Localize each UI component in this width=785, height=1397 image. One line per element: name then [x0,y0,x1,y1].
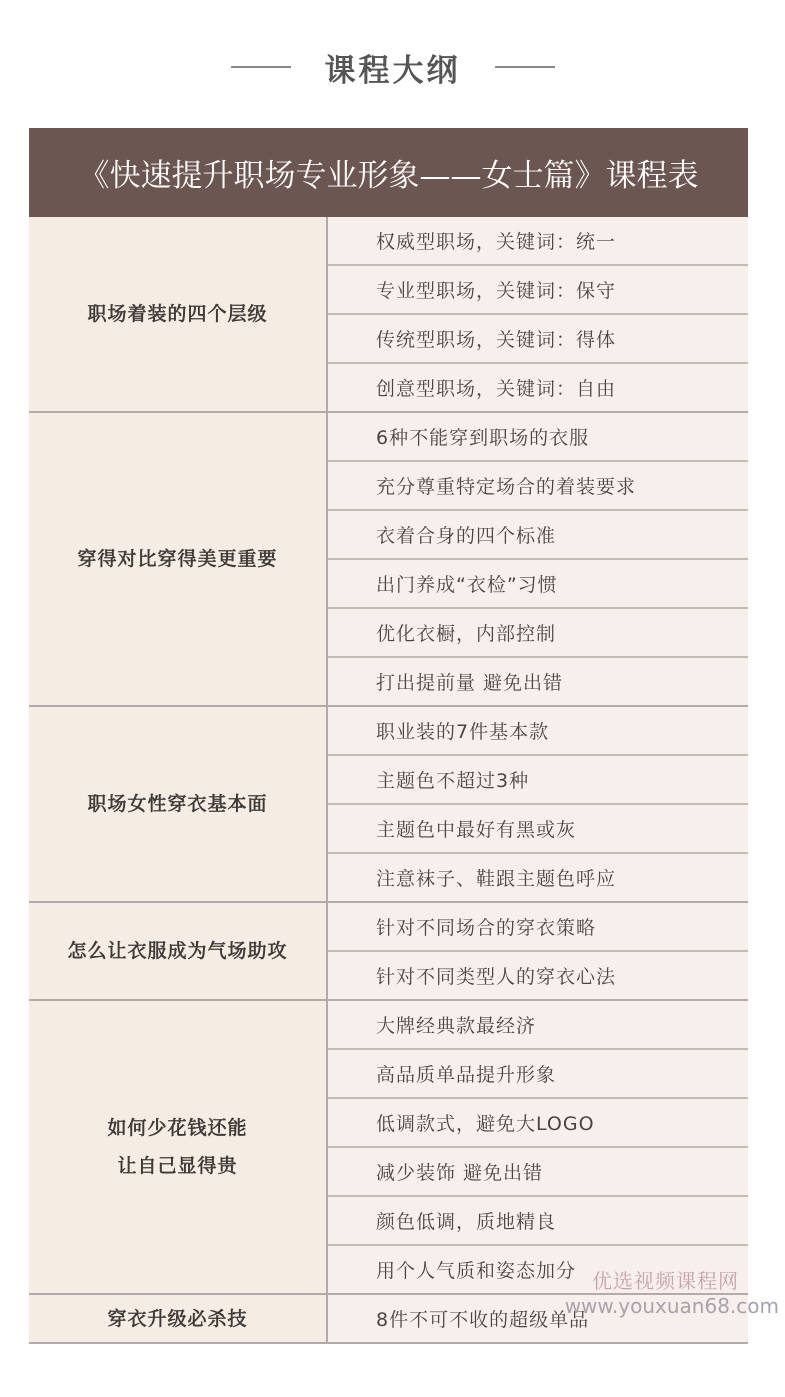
table-row: 创意型职场，关键词：自由 [328,364,748,411]
table-row: 出门养成“衣检”习惯 [328,560,748,609]
table-row: 充分尊重特定场合的着装要求 [328,462,748,511]
table-row: 用个人气质和姿态加分 [328,1246,748,1293]
table-row: 主题色不超过3种 [328,756,748,805]
table-row: 专业型职场，关键词：保守 [328,266,748,315]
group-items: 权威型职场，关键词：统一 专业型职场，关键词：保守 传统型职场，关键词：得体 创… [328,217,748,411]
table-row: 优化衣橱，内部控制 [328,609,748,658]
group-label: 职场女性穿衣基本面 [29,707,328,901]
course-table-title: 《快速提升职场专业形象——女士篇》课程表 [29,128,748,217]
table-row: 职业装的7件基本款 [328,707,748,756]
group-items: 大牌经典款最经济 高品质单品提升形象 低调款式，避免大LOGO 减少装饰 避免出… [328,1001,748,1293]
heading-rule-left [231,66,291,68]
table-row: 针对不同类型人的穿衣心法 [328,952,748,999]
table-row: 低调款式，避免大LOGO [328,1099,748,1148]
group-label: 怎么让衣服成为气场助攻 [29,903,328,999]
table-row: 6种不能穿到职场的衣服 [328,413,748,462]
group-label-line: 让自己显得贵 [107,1147,247,1185]
table-group: 职场着装的四个层级 权威型职场，关键词：统一 专业型职场，关键词：保守 传统型职… [29,217,748,413]
table-row: 主题色中最好有黑或灰 [328,805,748,854]
table-row: 高品质单品提升形象 [328,1050,748,1099]
group-items: 8件不可不收的超级单品 [328,1295,748,1342]
table-row: 注意袜子、鞋跟主题色呼应 [328,854,748,901]
group-label: 职场着装的四个层级 [29,217,328,411]
table-group: 如何少花钱还能 让自己显得贵 大牌经典款最经济 高品质单品提升形象 低调款式，避… [29,1001,748,1295]
group-label-line: 如何少花钱还能 [107,1109,247,1147]
table-row: 8件不可不收的超级单品 [328,1295,748,1342]
table-group: 穿衣升级必杀技 8件不可不收的超级单品 [29,1295,748,1344]
group-items: 针对不同场合的穿衣策略 针对不同类型人的穿衣心法 [328,903,748,999]
table-group: 穿得对比穿得美更重要 6种不能穿到职场的衣服 充分尊重特定场合的着装要求 衣着合… [29,413,748,707]
group-items: 职业装的7件基本款 主题色不超过3种 主题色中最好有黑或灰 注意袜子、鞋跟主题色… [328,707,748,901]
group-label: 如何少花钱还能 让自己显得贵 [29,1001,328,1293]
group-label: 穿衣升级必杀技 [29,1295,328,1342]
table-row: 打出提前量 避免出错 [328,658,748,705]
table-row: 权威型职场，关键词：统一 [328,217,748,266]
table-row: 颜色低调，质地精良 [328,1197,748,1246]
table-group: 职场女性穿衣基本面 职业装的7件基本款 主题色不超过3种 主题色中最好有黑或灰 … [29,707,748,903]
group-label: 穿得对比穿得美更重要 [29,413,328,705]
table-group: 怎么让衣服成为气场助攻 针对不同场合的穿衣策略 针对不同类型人的穿衣心法 [29,903,748,1001]
course-table: 《快速提升职场专业形象——女士篇》课程表 职场着装的四个层级 权威型职场，关键词… [29,128,748,1344]
heading-rule-right [495,66,555,68]
section-title: 课程大纲 [325,45,461,90]
table-row: 衣着合身的四个标准 [328,511,748,560]
section-heading: 课程大纲 [0,44,785,90]
table-row: 减少装饰 避免出错 [328,1148,748,1197]
group-items: 6种不能穿到职场的衣服 充分尊重特定场合的着装要求 衣着合身的四个标准 出门养成… [328,413,748,705]
table-row: 传统型职场，关键词：得体 [328,315,748,364]
table-row: 大牌经典款最经济 [328,1001,748,1050]
table-row: 针对不同场合的穿衣策略 [328,903,748,952]
